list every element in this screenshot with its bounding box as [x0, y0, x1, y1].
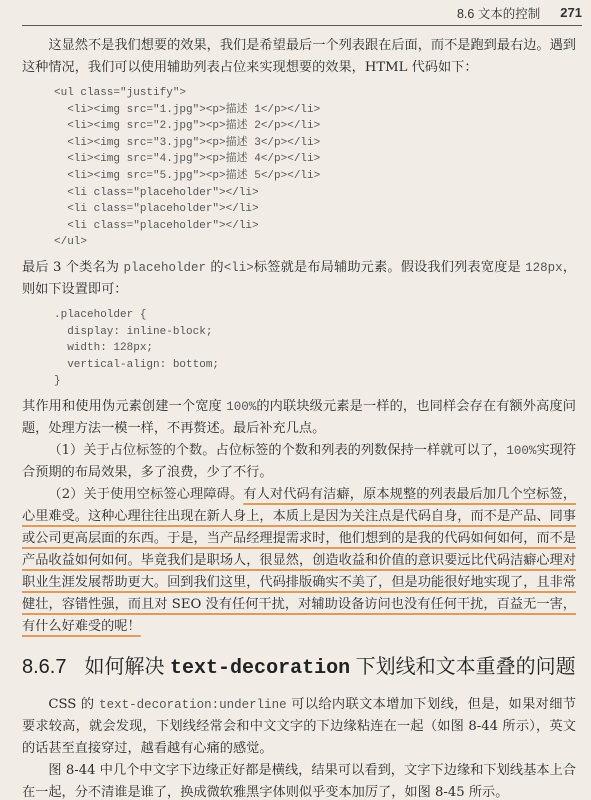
running-head: 8.6 文本的控制 271 [22, 0, 582, 26]
code-block-html: <ul class="justify"> <li><img src="1.jpg… [54, 85, 576, 251]
paragraph-point-2: （2）关于使用空标签心理障碍。有人对代码有洁癖，原本规整的列表最后加几个空标签，… [22, 484, 576, 638]
paragraph-text-decoration: CSS 的 text-decoration:underline 可以给内联文本增… [22, 694, 576, 760]
paragraph-figure-reference: 图 8-44 中几个中文字下边缘正好都是横线，结果可以看到，文字下边缘和下划线基… [22, 760, 576, 800]
paragraph-point-1: （1）关于占位标签的个数。占位标签的个数和列表的列数保持一样就可以了，100%实… [22, 440, 576, 484]
highlighted-underlined-text: 有人对代码有洁癖，原本规整的列表最后加几个空标签，心里难受。这种心理往往出现在新… [22, 487, 576, 634]
code-block-css: .placeholder { display: inline-block; wi… [54, 307, 576, 390]
page-number: 271 [560, 5, 582, 20]
paragraph-effect: 其作用和使用伪元素创建一个宽度 100%的内联块级元素是一样的，也同样会存在有额… [22, 396, 576, 440]
paragraph-intro: 这显然不是我们想要的效果，我们是希望最后一个列表跟在后面，而不是跑到最右边。遇到… [22, 35, 576, 79]
section-number: 8.6.7 [22, 656, 66, 678]
page-content: 这显然不是我们想要的效果，我们是希望最后一个列表跟在后面，而不是跑到最右边。遇到… [22, 35, 576, 800]
section-header: 8.6 文本的控制 [457, 4, 540, 22]
paragraph-placeholder-explanation: 最后 3 个类名为 placeholder 的<li>标签就是布局辅助元素。假设… [22, 257, 576, 301]
section-heading: 8.6.7如何解决 text-decoration 下划线和文本重叠的问题 [22, 654, 576, 682]
